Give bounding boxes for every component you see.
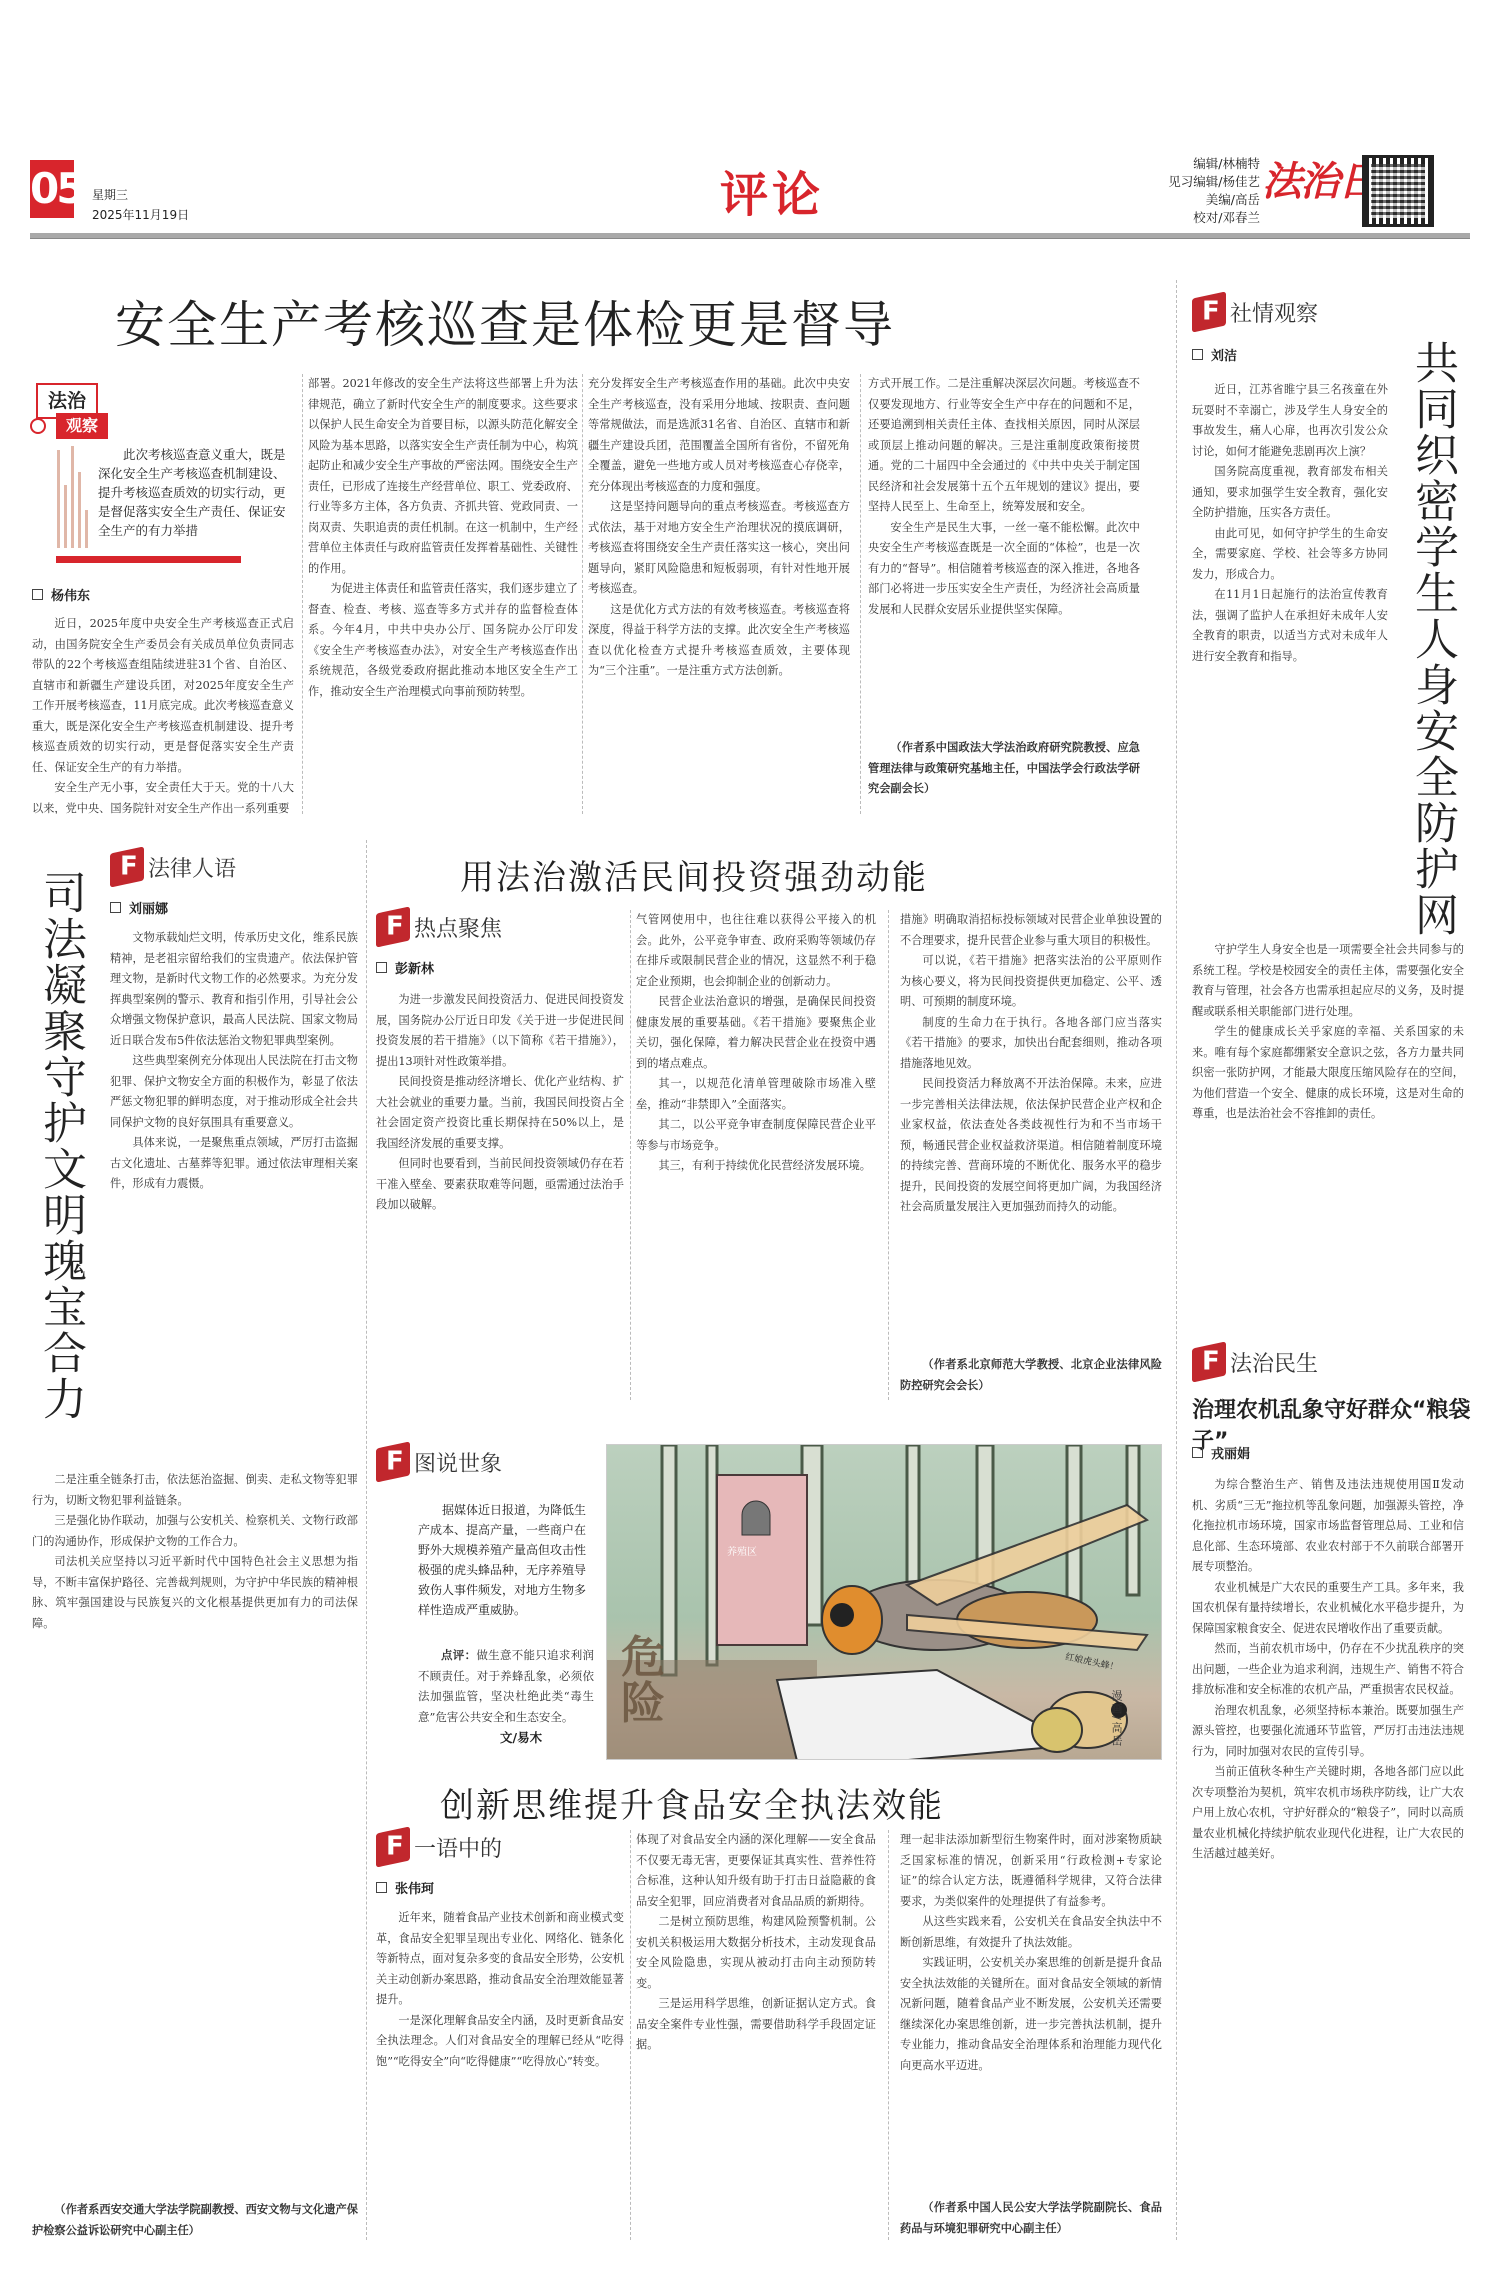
byline-box-icon	[376, 1882, 387, 1893]
cartoon-image: 危险 养殖区 红娘虎头蜂！	[606, 1444, 1162, 1760]
cartoon-writer: 文/易木	[500, 1728, 542, 1746]
mid-column-1: 为进一步激发民间投资活力、促进民间投资发展，国务院办公厅近日印发《关于进一步促进…	[376, 990, 624, 1395]
column-divider	[630, 910, 631, 1400]
decor-bar	[57, 450, 60, 548]
section-cube-icon	[1192, 1341, 1226, 1382]
decor-bar	[78, 472, 81, 548]
right-bottom-byline: 戎丽娟	[1192, 1443, 1250, 1462]
cartoon-artist: 漫画/高岳	[1108, 1690, 1124, 1748]
pullquote: 此次考核巡查意义重大，既是深化安全生产考核巡查机制建设、提升考核巡查质效的切实行…	[98, 445, 294, 540]
paragraph: 近日，2025年度中央安全生产考核巡查正式启动，由国务院安全生产委员会有关成员单…	[32, 614, 294, 778]
right-top-vertical-headline: 共同织密学生人身安全防护网	[1400, 340, 1464, 1000]
hornet-cartoon-illustration	[607, 1445, 1162, 1760]
bottom-column-1: 近年来，随着食品产业技术创新和商业模式变革，食品安全犯罪呈现出专业化、网络化、链…	[376, 1908, 624, 2248]
paragraph: 措施》明确取消招标投标领域对民营企业单独设置的不合理要求，提升民营企业参与重大项…	[900, 910, 1162, 951]
column-divider	[366, 840, 367, 2240]
section-cube-icon	[1192, 291, 1226, 332]
paragraph: 气管网使用中，也往往难以获得公平接入的机会。此外，公平竞争审查、政府采购等领域仍…	[636, 910, 876, 992]
paragraph: 二是树立预防思维，构建风险预警机制。公安机关积极运用大数据分析技术，主动发现食品…	[636, 1912, 876, 1994]
paragraph: 制度的生命力在于执行。各地各部门应当落实《若干措施》的要求，加快出台配套细则，推…	[900, 1013, 1162, 1075]
editor-credits: 编辑/林楠特 见习编辑/杨佳艺 美编/高岳 校对/邓春兰	[1168, 155, 1260, 227]
paragraph: 农业机械是广大农民的重要生产工具。多年来，我国农机保有量持续增长，农业机械化水平…	[1192, 1578, 1464, 1640]
weekday: 星期三	[92, 185, 189, 205]
lead-column-3: 充分发挥安全生产考核巡查作用的基础。此次中央安全生产考核巡查，没有采用分地域、按…	[588, 374, 850, 819]
paragraph: 民间投资活力释放离不开法治保障。未来，应进一步完善相关法律法规，依法保护民营企业…	[900, 1074, 1162, 1218]
author: 戎丽娟	[1211, 1443, 1250, 1462]
column-divider	[860, 374, 861, 814]
paragraph: 体现了对食品安全内涵的深化理解——安全食品不仅要无毒无害，更要保证其真实性、营养…	[636, 1830, 876, 1912]
mid-column-2: 气管网使用中，也往往难以获得公平接入的机会。此外，公平竞争审查、政府采购等领域仍…	[636, 910, 876, 1395]
paragraph: 在11月1日起施行的法治宣传教育法，强调了监护人在承担好未成年人安全教育的职责，…	[1192, 585, 1388, 667]
masthead-divider	[30, 233, 1470, 239]
editor-line: 美编/高岳	[1168, 191, 1260, 209]
paragraph: 国务院高度重视，教育部发布相关通知，要求加强学生安全教育，强化安全防护措施，压实…	[1192, 462, 1388, 524]
editor-line: 校对/邓春兰	[1168, 209, 1260, 227]
tag-label: 法律人语	[148, 852, 236, 883]
left-byline: 刘丽娜	[110, 898, 168, 917]
decor-bar	[71, 446, 74, 548]
byline-box-icon	[376, 962, 387, 973]
paragraph: 近日，江苏省睢宁县三名孩童在外玩耍时不幸溺亡，涉及学生人身安全的事故发生，痛人心…	[1192, 380, 1388, 462]
magnifier-icon	[30, 418, 46, 434]
danger-sign: 危险	[621, 1635, 671, 1727]
column-divider	[888, 910, 889, 1400]
paragraph: 其二，以公平竞争审查制度保障民营企业平等参与市场竞争。	[636, 1115, 876, 1156]
section-cube-icon	[376, 906, 410, 947]
paragraph: 一是深化理解食品安全内涵，及时更新食品安全执法理念。人们对食品安全的理解已经从“…	[376, 2011, 624, 2073]
section-cube-icon	[376, 1441, 410, 1482]
paragraph: 为综合整治生产、销售及违法违规使用国Ⅱ发动机、劣质“三无”拖拉机等乱象问题，加强…	[1192, 1475, 1464, 1578]
left-vertical-headline: 司法凝聚守护文明瑰宝合力	[28, 870, 92, 1430]
paragraph: 守护学生人身安全也是一项需要全社会共同参与的系统工程。学校是校园安全的责任主体，…	[1192, 940, 1464, 1022]
author: 刘洁	[1211, 345, 1237, 364]
paragraph: 近年来，随着食品产业技术创新和商业模式变革，食品安全犯罪呈现出专业化、网络化、链…	[376, 1908, 624, 2011]
paragraph: 充分发挥安全生产考核巡查作用的基础。此次中央安全生产考核巡查，没有采用分地域、按…	[588, 374, 850, 497]
right-bottom-body: 为综合整治生产、销售及违法违规使用国Ⅱ发动机、劣质“三无”拖拉机等乱象问题，加强…	[1192, 1475, 1464, 2230]
paragraph: 然而，当前农机市场中，仍存在不少扰乱秩序的突出问题，一些企业为追求利润，违规生产…	[1192, 1639, 1464, 1701]
bottom-headline: 创新思维提升食品安全执法效能	[440, 1778, 944, 1827]
author: 张伟珂	[395, 1878, 434, 1897]
date-block: 星期三 2025年11月19日	[92, 185, 189, 225]
lead-column-1: 近日，2025年度中央安全生产考核巡查正式启动，由国务院安全生产委员会有关成员单…	[32, 614, 294, 814]
paragraph: 民间投资是推动经济增长、优化产业结构、扩大社会就业的重要力量。当前，我国民间投资…	[376, 1072, 624, 1154]
paragraph: 二是注重全链条打击，依法惩治盗掘、倒卖、走私文物等犯罪行为，切断文物犯罪利益链条…	[32, 1470, 358, 1511]
tag-label: 社情观察	[1230, 297, 1318, 328]
cartoon-comment: 点评：做生意不能只追求利润不顾责任。对于养蜂乱象，必须依法加强监管，坚决杜绝此类…	[418, 1645, 594, 1725]
tag-tushuo: 图说世象	[376, 1445, 502, 1479]
paragraph: 司法机关应坚持以习近平新时代中国特色社会主义思想为指导，不断丰富保护路径、完善裁…	[32, 1552, 358, 1634]
paragraph: 由此可见，如何守护学生的生命安全，需要家庭、学校、社会等多方协同发力，形成合力。	[1192, 524, 1388, 586]
farm-label: 养殖区	[727, 1543, 757, 1558]
paragraph: 实践证明，公安机关办案思维的创新是提升食品安全执法效能的关键所在。面对食品安全领…	[900, 1953, 1162, 2076]
tag-falv: 法律人语	[110, 850, 236, 884]
lead-byline: 杨伟东	[32, 585, 90, 604]
bottom-author-note: （作者系中国人民公安大学法学院副院长、食品药品与环境犯罪研究中心副主任）	[900, 2198, 1162, 2242]
tag-label: 图说世象	[414, 1447, 502, 1478]
tag-redian: 热点聚焦	[376, 910, 502, 944]
qr-code-icon[interactable]	[1362, 155, 1434, 227]
tag-label: 一语中的	[414, 1832, 502, 1863]
author: 刘丽娜	[129, 898, 168, 917]
paragraph: 从这些实践来看，公安机关在食品安全执法中不断创新思维，有效提升了执法效能。	[900, 1912, 1162, 1953]
paragraph: 民营企业法治意识的增强，是确保民间投资健康发展的重要基础。《若干措施》要聚焦企业…	[636, 992, 876, 1074]
bottom-column-2: 体现了对食品安全内涵的深化理解——安全食品不仅要无毒无害，更要保证其真实性、营养…	[636, 1830, 876, 2248]
byline-box-icon	[32, 589, 43, 600]
column-divider	[582, 374, 583, 814]
paragraph: 这是坚持问题导向的重点考核巡查。考核巡查方式依法，基于对地方安全生产治理状况的摸…	[588, 497, 850, 600]
right-top-byline: 刘洁	[1192, 345, 1237, 364]
author: 彭新林	[395, 958, 434, 977]
author-note: （作者系西安交通大学法学院副教授、西安文物与文化遗产保护检察公益诉讼研究中心副主…	[32, 2200, 358, 2241]
lead-column-2: 部署。2021年修改的安全生产法将这些部署上升为法律规范，确立了新时代安全生产的…	[308, 374, 578, 819]
pullquote-underline	[56, 556, 241, 563]
lead-author-note: （作者系中国政法大学法治政府研究院教授、应急管理法律与政策研究基地主任，中国法学…	[868, 738, 1140, 802]
column-divider	[630, 1830, 631, 2240]
paragraph: 文物承载灿烂文明，传承历史文化，维系民族精神，是老祖宗留给我们的宝贵遗产。依法保…	[110, 928, 358, 1051]
section-cube-icon	[376, 1826, 410, 1867]
tag-minsheng: 法治民生	[1192, 1345, 1318, 1379]
lead-author: 杨伟东	[51, 585, 90, 604]
tag-sheqing: 社情观察	[1192, 295, 1318, 329]
column-divider	[888, 1830, 889, 2240]
decor-bar	[85, 510, 88, 548]
left-author-note: （作者系西安交通大学法学院副教授、西安文物与文化遗产保护检察公益诉讼研究中心副主…	[32, 2200, 358, 2244]
byline-box-icon	[1192, 1447, 1203, 1458]
paragraph: 为进一步激发民间投资活力、促进民间投资发展，国务院办公厅近日印发《关于进一步促进…	[376, 990, 624, 1072]
bottom-byline: 张伟珂	[376, 1878, 434, 1897]
section-title: 评论	[720, 156, 824, 225]
paragraph: 可以说，《若干措施》把落实法治的公平原则作为核心要义，将为民间投资提供更加稳定、…	[900, 951, 1162, 1013]
paragraph: 治理农机乱象，必须坚持标本兼治。既要加强生产源头管控，也要强化流通环节监管，严厉…	[1192, 1701, 1464, 1763]
mid-headline: 用法治激活民间投资强劲动能	[460, 850, 928, 899]
author-note: （作者系中国政法大学法治政府研究院教授、应急管理法律与政策研究基地主任，中国法学…	[868, 738, 1140, 800]
tag-label: 法治民生	[1230, 1347, 1318, 1378]
section-cube-icon	[110, 846, 144, 887]
left-body-upper: 文物承载灿烂文明，传承历史文化，维系民族精神，是老祖宗留给我们的宝贵遗产。依法保…	[110, 928, 358, 1458]
left-body-lower: 二是注重全链条打击，依法惩治盗掘、倒卖、走私文物等犯罪行为，切断文物犯罪利益链条…	[32, 1470, 358, 2150]
badge-guancha: 观察	[56, 413, 108, 439]
paragraph: 但同时也要看到，当前民间投资领域仍存在若干准入壁垒、要素获取难等问题，亟需通过法…	[376, 1154, 624, 1216]
page-number: 05	[30, 160, 74, 218]
paragraph: 方式开展工作。二是注重解决深层次问题。考核巡查不仅要发现地方、行业等安全生产中存…	[868, 374, 1140, 518]
paragraph: 这是优化方式方法的有效考核巡查。考核巡查将深度，得益于科学方法的支撑。此次安全生…	[588, 600, 850, 682]
paragraph: 其三，有利于持续优化民营经济发展环境。	[636, 1156, 876, 1177]
right-top-body-upper: 近日，江苏省睢宁县三名孩童在外玩耍时不幸溺亡，涉及学生人身安全的事故发生，痛人心…	[1192, 380, 1388, 935]
tag-label: 热点聚焦	[414, 912, 502, 943]
mid-byline: 彭新林	[376, 958, 434, 977]
column-divider	[302, 374, 303, 814]
cartoon-caption: 据媒体近日报道，为降低生产成本、提高产量，一些商户在野外大规模养殖产量高但攻击性…	[418, 1500, 594, 1620]
issue-date: 2025年11月19日	[92, 205, 189, 225]
mid-column-3: 措施》明确取消招标投标领域对民营企业单独设置的不合理要求，提升民营企业参与重大项…	[900, 910, 1162, 1350]
paragraph: 理一起非法添加新型衍生物案件时，面对涉案物质缺乏国家标准的情况，创新采用“行政检…	[900, 1830, 1162, 1912]
paragraph: 具体来说，一是聚焦重点领域，严厉打击盗掘古文化遗址、古墓葬等犯罪。通过依法审理相…	[110, 1133, 358, 1195]
paragraph: 安全生产无小事，安全责任大于天。党的十八大以来，党中央、国务院针对安全生产作出一…	[32, 778, 294, 814]
editor-line: 编辑/林楠特	[1168, 155, 1260, 173]
paragraph: 这些典型案例充分体现出人民法院在打击文物犯罪、保护文物安全方面的积极作为，彰显了…	[110, 1051, 358, 1133]
bottom-column-3: 理一起非法添加新型衍生物案件时，面对涉案物质缺乏国家标准的情况，创新采用“行政检…	[900, 1830, 1162, 2190]
comment-label: 点评：	[441, 1648, 476, 1662]
paragraph: 为促进主体责任和监管责任落实，我们逐步建立了督查、检查、考核、巡查等多方式并存的…	[308, 579, 578, 702]
byline-box-icon	[1192, 349, 1203, 360]
author-note: （作者系中国人民公安大学法学院副院长、食品药品与环境犯罪研究中心副主任）	[900, 2198, 1162, 2239]
paragraph: 三是强化协作联动，加强与公安机关、检察机关、文物行政部门的沟通协作，形成保护文物…	[32, 1511, 358, 1552]
paragraph: 其一，以规范化清单管理破除市场准入壁垒，推动“非禁即入”全面落实。	[636, 1074, 876, 1115]
lead-headline: 安全生产考核巡查是体检更是督导	[115, 285, 895, 357]
decor-bar	[64, 485, 67, 548]
editor-line: 见习编辑/杨佳艺	[1168, 173, 1260, 191]
byline-box-icon	[110, 902, 121, 913]
paragraph: 当前正值秋冬种生产关键时期，各地各部门应以此次专项整治为契机，筑牢农机市场秩序防…	[1192, 1762, 1464, 1865]
tag-yiyu: 一语中的	[376, 1830, 502, 1864]
mid-author-note: （作者系北京师范大学教授、北京企业法律风险防控研究会会长）	[900, 1355, 1162, 1399]
lead-column-4: 方式开展工作。二是注重解决深层次问题。考核巡查不仅要发现地方、行业等安全生产中存…	[868, 374, 1140, 734]
right-top-body-lower: 守护学生人身安全也是一项需要全社会共同参与的系统工程。学校是校园安全的责任主体，…	[1192, 940, 1464, 1315]
paragraph: 安全生产是民生大事，一丝一毫不能松懈。此次中央安全生产考核巡查既是一次全面的“体…	[868, 518, 1140, 621]
paragraph: 部署。2021年修改的安全生产法将这些部署上升为法律规范，确立了新时代安全生产的…	[308, 374, 578, 579]
paragraph: 学生的健康成长关乎家庭的幸福、关系国家的未来。唯有每个家庭都绷紧安全意识之弦，各…	[1192, 1022, 1464, 1125]
column-divider	[1176, 280, 1177, 2240]
paragraph: 三是运用科学思维，创新证据认定方式。食品安全案件专业性强，需要借助科学手段固定证…	[636, 1994, 876, 2056]
author-note: （作者系北京师范大学教授、北京企业法律风险防控研究会会长）	[900, 1355, 1162, 1396]
